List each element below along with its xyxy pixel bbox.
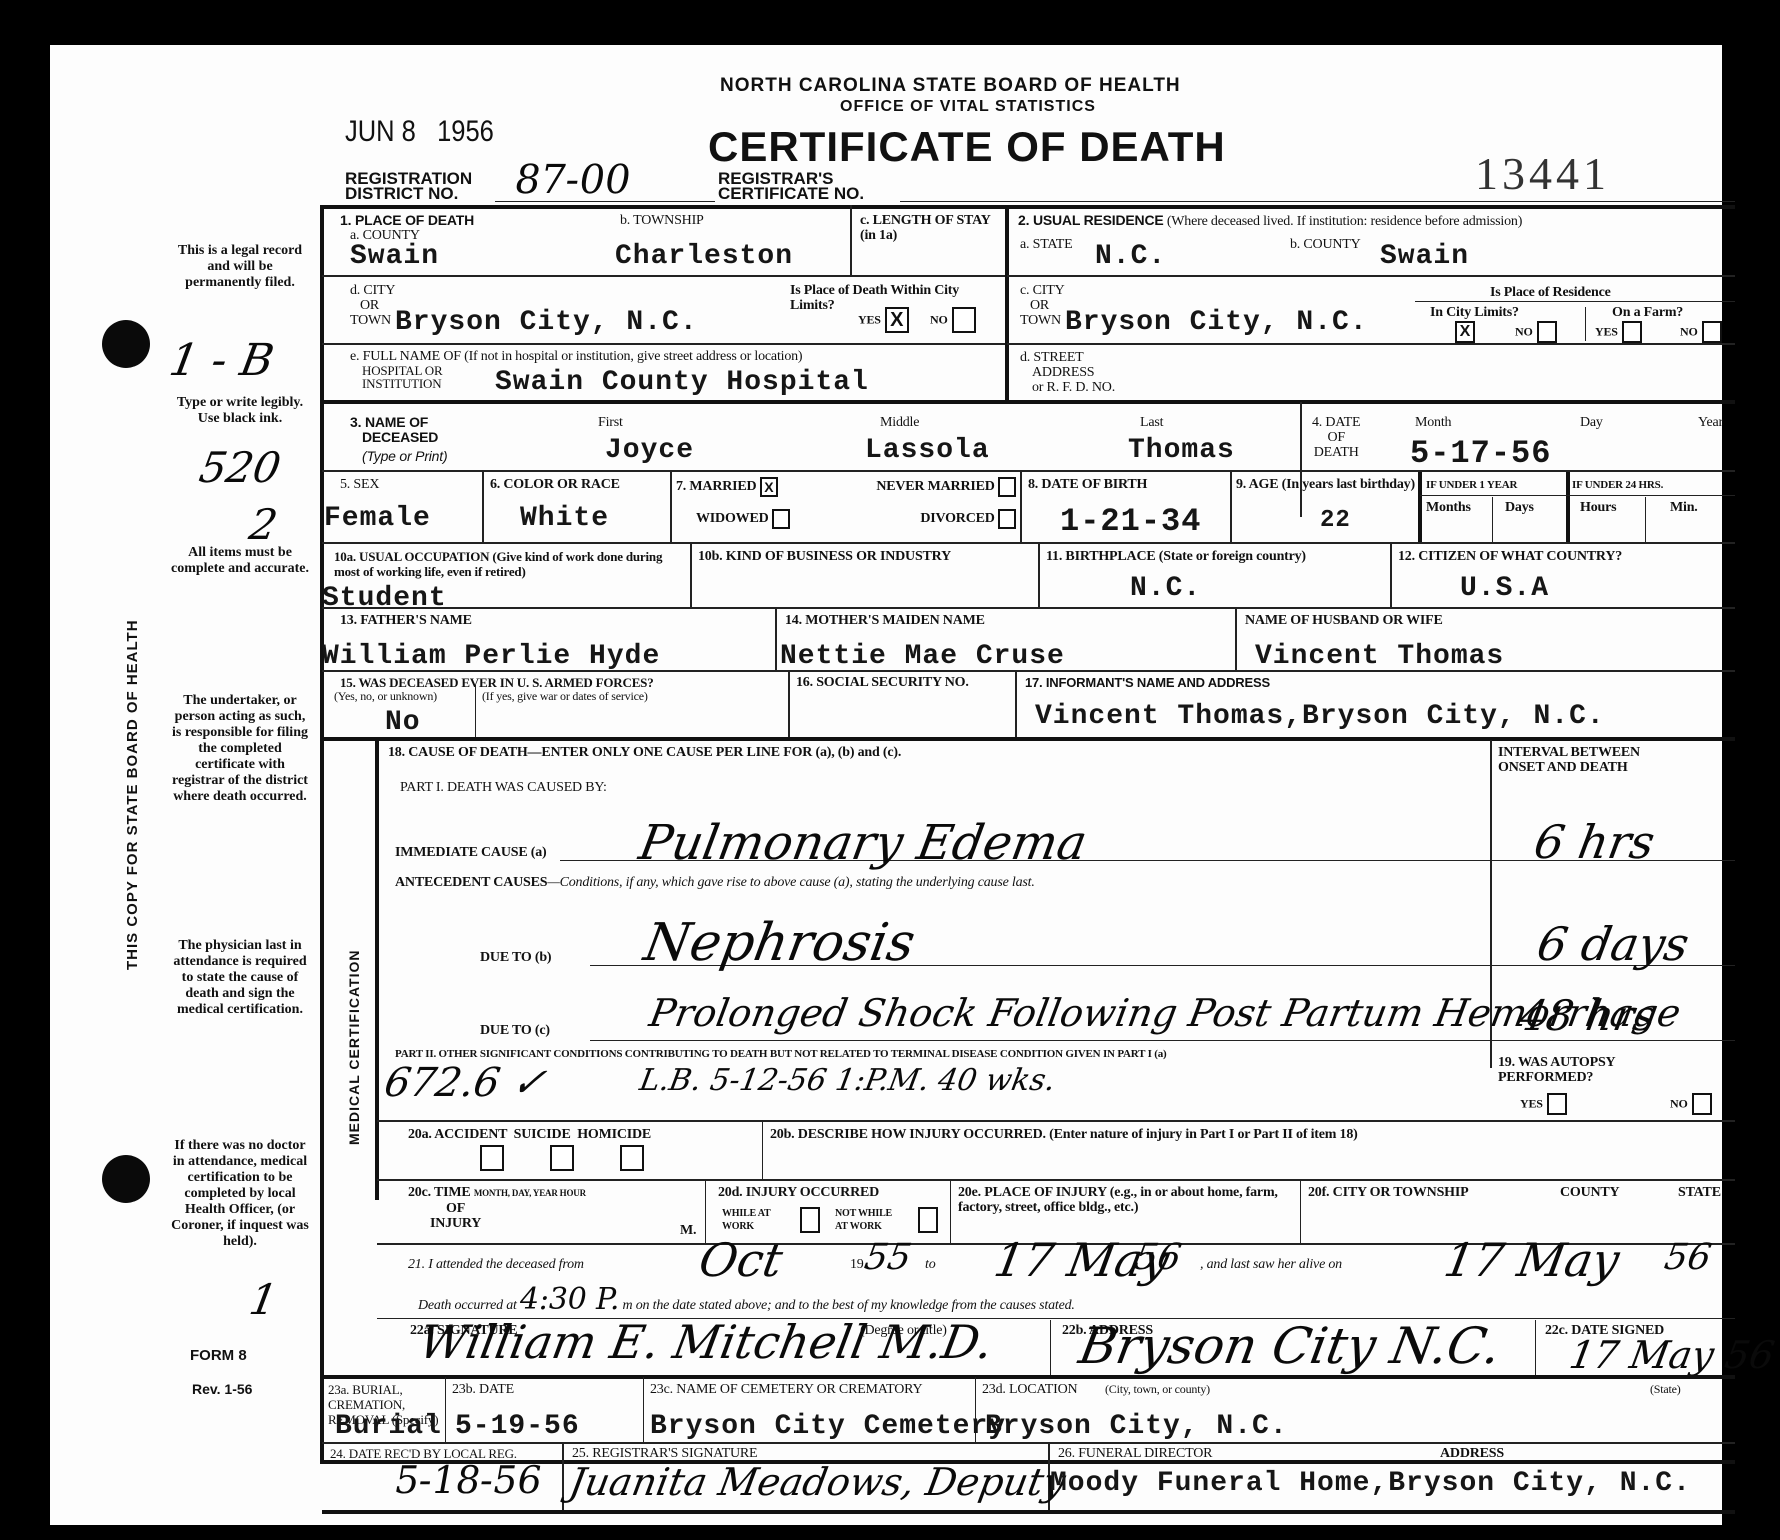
- place-of-injury-label: 20e. PLACE OF INJURY (e.g., in or about …: [958, 1185, 1288, 1215]
- spouse-name: Vincent Thomas: [1255, 641, 1504, 672]
- residence-farm-no-checkbox[interactable]: [1702, 321, 1722, 343]
- age-label: 9. AGE (In years last birthday): [1236, 477, 1416, 492]
- sex-label: 5. SEX: [340, 477, 379, 492]
- part2-code: 672.6 ✓: [381, 1060, 550, 1106]
- burial-state-sub: (State): [1650, 1383, 1681, 1396]
- burial-date: 5-19-56: [455, 1411, 580, 1442]
- under-1-year-label: IF UNDER 1 YEAR: [1426, 479, 1517, 492]
- registrar-certificate-label: REGISTRAR'S CERTIFICATE NO.: [718, 171, 864, 201]
- informant: Vincent Thomas,Bryson City, N.C.: [1035, 701, 1605, 732]
- widowed-checkbox[interactable]: [772, 509, 790, 529]
- cause-of-death-label: 18. CAUSE OF DEATH—ENTER ONLY ONE CAUSE …: [388, 745, 901, 760]
- citizenship: U.S.A: [1460, 573, 1549, 604]
- immediate-cause: Pulmonary Edema: [635, 815, 1091, 871]
- residence-in-city-no-checkbox[interactable]: [1537, 321, 1557, 343]
- within-city-yes-option[interactable]: YES X: [858, 307, 909, 333]
- antecedent-causes-label: ANTECEDENT CAUSES—Conditions, if any, wh…: [395, 875, 1035, 890]
- place-of-death-label: 1. PLACE OF DEATH: [340, 213, 474, 228]
- registration-district-number: 87-00: [511, 157, 634, 203]
- punch-hole-top: [102, 320, 150, 368]
- agency-name: NORTH CAROLINA STATE BOARD OF HEALTH: [720, 75, 1181, 97]
- part2-conditions: L.B. 5-12-56 1:P.M. 40 wks.: [637, 1063, 1058, 1098]
- deceased-sex: Female: [324, 503, 431, 534]
- handwritten-1: 1: [246, 1275, 281, 1324]
- office-name: OFFICE OF VITAL STATISTICS: [840, 98, 1096, 116]
- year-label: Year: [1698, 415, 1723, 430]
- married-checkbox[interactable]: X: [760, 477, 778, 497]
- widowed-option[interactable]: WIDOWED: [676, 509, 790, 529]
- armed-forces-sub2: (If yes, give war or dates of service): [482, 690, 648, 703]
- date-of-birth: 1-21-34: [1060, 503, 1201, 540]
- burial-location-label: 23d. LOCATION: [982, 1382, 1077, 1397]
- deceased-first-name: Joyce: [605, 435, 694, 466]
- residence-state-label: a. STATE: [1020, 237, 1073, 252]
- armed-forces-sub1: (Yes, no, or unknown): [334, 690, 437, 703]
- in-city-limits-label: In City Limits?: [1430, 305, 1519, 320]
- attended-from-year: 55: [861, 1237, 914, 1278]
- due-to-b-label: DUE TO (b): [480, 950, 551, 965]
- accident-suicide-homicide-label: 20a. ACCIDENT SUICIDE HOMICIDE: [408, 1127, 651, 1142]
- last-saw-year: 56: [1661, 1237, 1714, 1278]
- father-name-label: 13. FATHER'S NAME: [340, 613, 472, 628]
- residence-state: N.C.: [1095, 241, 1166, 272]
- stamp-date: JUN 8 1956: [345, 115, 494, 149]
- min-label: Min.: [1670, 500, 1698, 515]
- last-saw-label: , and last saw her alive on: [1200, 1257, 1342, 1272]
- industry-label: 10b. KIND OF BUSINESS OR INDUSTRY: [698, 549, 951, 564]
- residence-city: Bryson City, N.C.: [1065, 307, 1368, 338]
- date-received: 5-18-56: [391, 1458, 545, 1502]
- hospital-name: Swain County Hospital: [495, 367, 869, 398]
- name-of-deceased-label: 3. NAME OF DECEASED (Type or Print): [350, 415, 447, 464]
- physician-address: Bryson City N.C.: [1075, 1317, 1505, 1375]
- complete-accurate-note: All items must be complete and accurate.: [170, 545, 310, 577]
- handwritten-code: 1 - B: [166, 335, 278, 386]
- mother-maiden-name: Nettie Mae Cruse: [780, 641, 1065, 672]
- informant-label: 17. INFORMANT'S NAME AND ADDRESS: [1025, 675, 1270, 690]
- date-of-death-label: 4. DATE OF DEATH: [1312, 415, 1360, 460]
- city-town-label: d. CITY OR TOWN: [350, 283, 395, 328]
- first-name-label: First: [598, 415, 623, 430]
- residence-in-city-yes-checkbox[interactable]: X: [1455, 321, 1475, 343]
- birthplace-label: 11. BIRTHPLACE (State or foreign country…: [1046, 549, 1306, 564]
- under-24-hrs-label: IF UNDER 24 HRS.: [1572, 479, 1663, 492]
- is-place-of-residence-label: Is Place of Residence: [1490, 285, 1611, 300]
- dob-label: 8. DATE OF BIRTH: [1028, 477, 1147, 492]
- never-married-checkbox[interactable]: [998, 477, 1016, 497]
- spouse-name-label: NAME OF HUSBAND OR WIFE: [1245, 613, 1443, 628]
- funeral-director: Moody Funeral Home,Bryson City, N.C.: [1050, 1468, 1691, 1499]
- accident-checkbox[interactable]: [480, 1145, 504, 1171]
- funeral-address-label: ADDRESS: [1440, 1446, 1504, 1461]
- cemetery-label: 23c. NAME OF CEMETERY OR CREMATORY: [650, 1382, 922, 1397]
- date-of-death: 5-17-56: [1410, 435, 1551, 472]
- length-of-stay-label: c. LENGTH OF STAY (in 1a): [860, 213, 1000, 243]
- burial-location-sub: (City, town, or county): [1105, 1383, 1210, 1396]
- mother-maiden-name-label: 14. MOTHER'S MAIDEN NAME: [785, 613, 985, 628]
- burial-location: Bryson City, N.C.: [985, 1411, 1288, 1442]
- autopsy-yes-checkbox[interactable]: [1547, 1093, 1567, 1115]
- no-doctor-note: If there was no doctor in attendance, me…: [170, 1138, 310, 1250]
- page-title: CERTIFICATE OF DEATH: [708, 123, 1226, 171]
- place-of-death-city: Bryson City, N.C.: [395, 307, 698, 338]
- while-at-work-option[interactable]: WHILE AT WORK: [722, 1207, 792, 1233]
- autopsy-label: 19. WAS AUTOPSY PERFORMED?: [1498, 1055, 1668, 1085]
- homicide-checkbox[interactable]: [620, 1145, 644, 1171]
- never-married-option[interactable]: NEVER MARRIED: [876, 477, 1016, 497]
- armed-forces-answer: No: [385, 707, 421, 738]
- time-am-pm: M.: [680, 1223, 696, 1238]
- residence-county: Swain: [1380, 241, 1469, 272]
- funeral-director-label: 26. FUNERAL DIRECTOR: [1058, 1446, 1212, 1461]
- injury-state-label: STATE: [1678, 1185, 1721, 1200]
- residence-in-city-yes-option[interactable]: X: [1455, 321, 1475, 343]
- physician-signature: William E. Mitchell M.D.: [415, 1315, 997, 1369]
- state-board-copy-label: THIS COPY FOR STATE BOARD OF HEALTH: [124, 619, 141, 970]
- while-at-work-checkbox[interactable]: [800, 1207, 820, 1233]
- month-label: Month: [1415, 415, 1451, 430]
- usual-residence-label: 2. USUAL RESIDENCE (Where deceased lived…: [1018, 213, 1733, 229]
- attended-from-label: 21. I attended the deceased from: [408, 1257, 584, 1272]
- punch-hole-bottom: [102, 1155, 150, 1203]
- race-label: 6. COLOR OR RACE: [490, 477, 620, 492]
- immediate-cause-label: IMMEDIATE CAUSE (a): [395, 845, 547, 860]
- months-label: Months: [1426, 500, 1471, 515]
- due-to-c-label: DUE TO (c): [480, 1023, 550, 1038]
- injury-occurred-label: 20d. INJURY OCCURRED: [718, 1185, 879, 1200]
- injury-city-label: 20f. CITY OR TOWNSHIP: [1308, 1185, 1468, 1200]
- attended-to-year: 56: [1131, 1237, 1184, 1278]
- last-name-label: Last: [1140, 415, 1163, 430]
- suicide-checkbox[interactable]: [550, 1145, 574, 1171]
- within-city-no-checkbox[interactable]: [952, 307, 976, 333]
- age: 22: [1320, 507, 1351, 534]
- residence-city-town-label: c. CITY OR TOWN: [1020, 283, 1064, 328]
- type-legibly-note: Type or write legibly. Use black ink.: [170, 395, 310, 427]
- to-label: to: [925, 1257, 936, 1272]
- due-to-c-interval: 48 hrs: [1516, 991, 1660, 1040]
- hospital-label: e. FULL NAME OF (If not in hospital or i…: [350, 349, 802, 364]
- middle-name-label: Middle: [880, 415, 919, 430]
- time-of-injury-label: 20c. TIME MONTH, DAY, YEAR HOUR OF INJUR…: [408, 1185, 586, 1231]
- undertaker-note: The undertaker, or person acting as such…: [170, 693, 310, 805]
- not-while-at-work-checkbox[interactable]: [918, 1207, 938, 1233]
- cemetery-name: Bryson City Cemetery: [650, 1411, 1006, 1442]
- residence-farm-yes-option[interactable]: YES: [1595, 321, 1642, 343]
- divorced-option[interactable]: DIVORCED: [920, 509, 1016, 529]
- burial-method: Burial: [335, 1411, 442, 1442]
- immediate-cause-interval: 6 hrs: [1530, 815, 1659, 869]
- interval-label: INTERVAL BETWEEN ONSET AND DEATH: [1498, 745, 1678, 775]
- residence-farm-no-option[interactable]: NO: [1680, 321, 1722, 343]
- on-farm-label: On a Farm?: [1612, 305, 1683, 320]
- ssn-label: 16. SOCIAL SECURITY NO.: [796, 675, 969, 690]
- days-label: Days: [1505, 500, 1534, 515]
- residence-farm-yes-checkbox[interactable]: [1622, 321, 1642, 343]
- autopsy-no-option[interactable]: NO: [1670, 1093, 1712, 1115]
- occupation: Student: [322, 583, 447, 614]
- autopsy-no-checkbox[interactable]: [1692, 1093, 1712, 1115]
- father-name: William Perlie Hyde: [322, 641, 660, 672]
- medical-certification-label: MEDICAL CERTIFICATION: [346, 950, 362, 1145]
- divorced-checkbox[interactable]: [998, 509, 1016, 529]
- deceased-last-name: Thomas: [1128, 435, 1235, 466]
- handwritten-2: 2: [246, 500, 281, 549]
- handwritten-520: 520: [196, 443, 285, 492]
- attended-from: Oct: [695, 1233, 786, 1287]
- place-of-death-county: Swain: [350, 241, 439, 272]
- injury-county-label: COUNTY: [1560, 1185, 1619, 1200]
- birthplace: N.C.: [1130, 573, 1201, 604]
- certificate-serial: 13441: [1475, 147, 1610, 200]
- married-option[interactable]: 7. MARRIED X: [676, 477, 778, 497]
- place-of-death-township: Charleston: [615, 241, 793, 272]
- residence-in-city-no-option[interactable]: NO: [1515, 321, 1557, 343]
- residence-county-label: b. COUNTY: [1290, 237, 1361, 252]
- citizen-label: 12. CITIZEN OF WHAT COUNTRY?: [1398, 549, 1622, 564]
- day-label: Day: [1580, 415, 1603, 430]
- burial-date-label: 23b. DATE: [452, 1382, 514, 1397]
- hospital-institution-label: HOSPITAL OR INSTITUTION: [362, 364, 442, 390]
- due-to-b-interval: 6 days: [1533, 917, 1693, 971]
- deceased-middle-name: Lassola: [865, 435, 990, 466]
- within-city-no-option[interactable]: NO: [930, 307, 976, 333]
- marital-status-group: 7. MARRIED X NEVER MARRIED WIDOWED DIVOR…: [676, 477, 1016, 529]
- part1-label: PART I. DEATH WAS CAUSED BY:: [400, 780, 607, 795]
- autopsy-yes-option[interactable]: YES: [1520, 1093, 1567, 1115]
- registrar-signature-label: 25. REGISTRAR'S SIGNATURE: [572, 1446, 757, 1461]
- form-number: FORM 8: [190, 1347, 247, 1364]
- death-occurred-statement: Death occurred at 4:30 P. m on the date …: [418, 1292, 1075, 1313]
- death-certificate-page: This is a legal record and will be perma…: [50, 45, 1722, 1525]
- deceased-race: White: [520, 503, 609, 534]
- not-while-at-work-option[interactable]: NOT WHILE AT WORK: [835, 1207, 901, 1233]
- street-address-label: d. STREET ADDRESS or R. F. D. NO.: [1020, 350, 1115, 395]
- last-saw-date: 17 May: [1440, 1233, 1623, 1287]
- township-label: b. TOWNSHIP: [620, 213, 704, 228]
- occupation-label: 10a. USUAL OCCUPATION (Give kind of work…: [334, 549, 684, 579]
- legal-record-note: This is a legal record and will be perma…: [170, 243, 310, 291]
- within-city-yes-checkbox[interactable]: X: [885, 307, 909, 333]
- armed-forces-label: 15. WAS DECEASED EVER IN U. S. ARMED FOR…: [340, 675, 654, 690]
- hours-label: Hours: [1580, 500, 1616, 515]
- attended-from-year-prefix: 19: [850, 1257, 864, 1272]
- date-signed: 17 May 56: [1566, 1333, 1778, 1377]
- registration-district-label: REGISTRATION DISTRICT NO.: [345, 171, 472, 201]
- injury-description-label: 20b. DESCRIBE HOW INJURY OCCURRED. (Ente…: [770, 1127, 1358, 1142]
- injury-type-checkboxes: [480, 1145, 644, 1171]
- physician-note: The physician last in attendance is requ…: [170, 938, 310, 1018]
- registrar-signature: Juanita Meadows, Deputy: [566, 1460, 1069, 1504]
- form-revision: Rev. 1-56: [192, 1381, 252, 1397]
- due-to-b-cause: Nephrosis: [640, 913, 920, 973]
